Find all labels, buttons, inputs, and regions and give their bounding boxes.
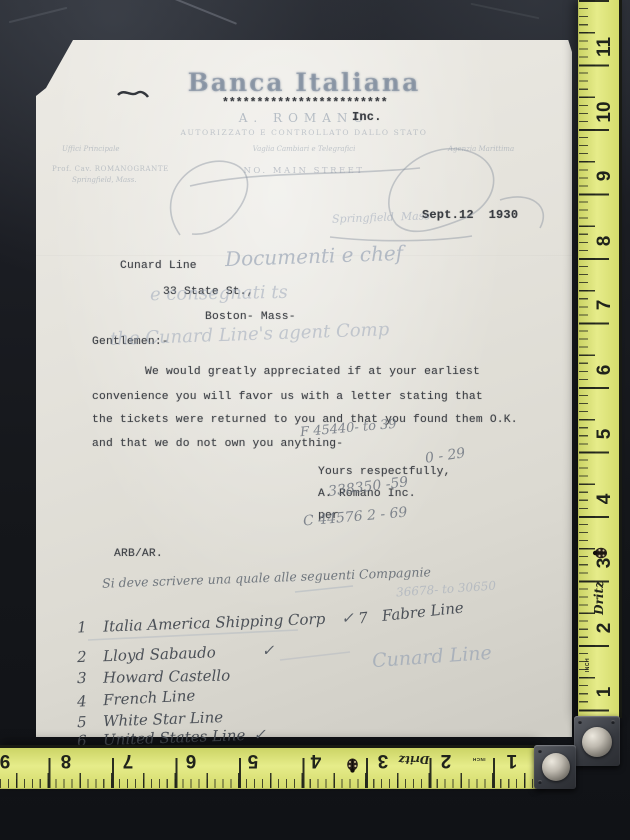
photo-of-letter: Banca Italiana ************************ …	[0, 0, 630, 840]
ruler-metal-tip	[534, 745, 576, 789]
check-mark-icon: ✓	[253, 725, 266, 743]
ruler-number: 5	[242, 750, 264, 770]
ruler-number: 9	[595, 161, 615, 191]
background-scratch	[471, 3, 540, 19]
check-mark-icon: ✓	[341, 609, 354, 627]
ruler-number: 9	[0, 750, 16, 770]
ladybug-logo-icon	[346, 753, 359, 773]
body-line: and that we do not own you anything-	[92, 438, 343, 450]
ruler-number: 7	[595, 290, 615, 320]
ruler-unit-label: INCH	[583, 650, 593, 680]
ruler-metal-tip	[574, 716, 620, 766]
ruler-number: 2	[435, 750, 457, 770]
ruler-number: 7	[117, 750, 139, 770]
letterhead-company-name: A. ROMANO	[36, 111, 572, 125]
ruler-number: 4	[305, 750, 327, 770]
ruler-number: 4	[595, 484, 615, 514]
ruler-number: 6	[595, 355, 615, 385]
letterhead-services-right: Agenzia Marittima	[448, 145, 514, 153]
letterhead-proprietor-line2: Springfield, Mass.	[72, 176, 137, 184]
snap-fastener	[542, 753, 570, 781]
reference-initials: ARB/AR.	[114, 548, 163, 560]
ruler-bottom-tape: 9 8 7 6 5 4 3 2 1 Dritz INCH	[0, 745, 537, 789]
letterhead-divider-stars: ************************	[222, 97, 388, 110]
ruler-number: 10	[595, 97, 615, 127]
letterhead-inc-label: Inc.	[352, 110, 382, 124]
date-line: Sept.12 1930	[422, 208, 518, 222]
check-mark-icon: ✓	[261, 641, 274, 659]
ruler-number: 6	[180, 750, 202, 770]
ruler-number: 3	[372, 750, 394, 770]
letterhead-bank-name: Banca Italiana	[36, 68, 572, 97]
ruler-brand-label: Dritz	[392, 752, 436, 768]
ruler-number: 5	[595, 419, 615, 449]
body-line: convenience you will favor us with a let…	[92, 391, 483, 403]
ruler-right-tape: 11 10 9 8 7 6 5 4 3 2 1 Dritz INCH	[578, 0, 622, 718]
ruler-number: 1	[595, 677, 615, 707]
handwritten-note-blue: e consegnati ts	[150, 282, 288, 305]
snap-fastener	[582, 727, 612, 757]
background-scratch	[153, 0, 237, 24]
recipient-line: Boston- Mass-	[205, 311, 296, 323]
ruler-number: 8	[55, 750, 77, 770]
letterhead-authorization-line: AUTORIZZATO E CONTROLLATO DALLO STATO	[36, 128, 572, 137]
body-line: We would greatly appreciated if at your …	[145, 366, 480, 378]
ruler-unit-label: INCH	[465, 756, 493, 764]
ruler-number: 8	[595, 226, 615, 256]
ruler-number: 1	[501, 750, 523, 770]
ruler-number: 11	[595, 32, 615, 62]
letterhead-address-center: NO. MAIN STREET	[36, 166, 572, 176]
ruler-brand-label: Dritz	[586, 575, 612, 621]
background-scratch	[9, 7, 68, 23]
recipient-line: Cunard Line	[120, 260, 197, 272]
ladybug-logo-icon	[593, 547, 613, 560]
